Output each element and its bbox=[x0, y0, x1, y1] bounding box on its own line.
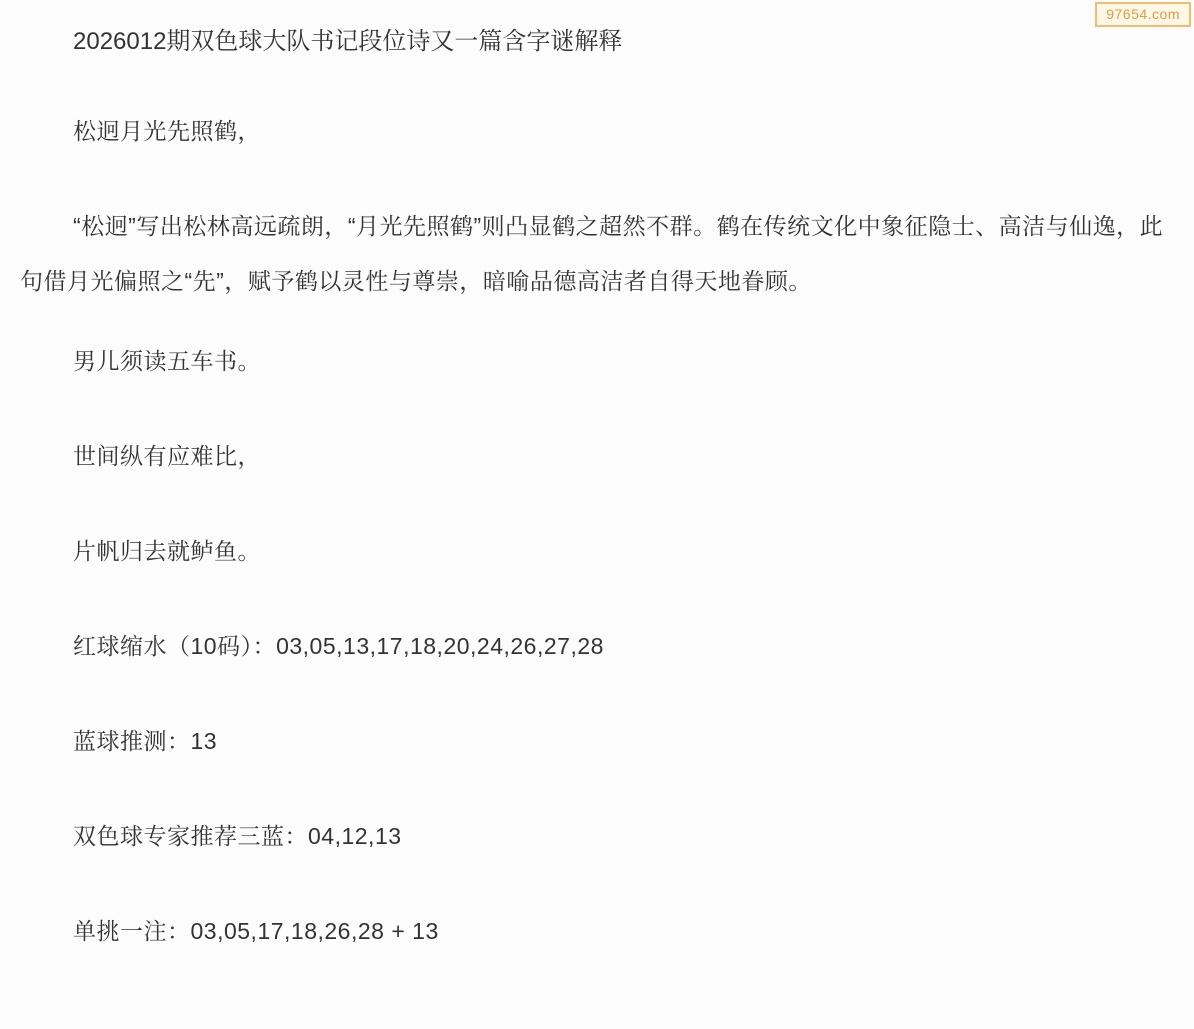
single-pick-line: 单挑一注：03,05,17,18,26,28 + 13 bbox=[20, 904, 1164, 959]
site-watermark: 97654.com bbox=[1095, 2, 1191, 27]
poem-line-3: 世间纵有应难比， bbox=[20, 429, 1164, 484]
red-ball-reduction-line: 红球缩水（10码）：03,05,13,17,18,20,24,26,27,28 bbox=[20, 619, 1164, 674]
poem-line-1: 松迥月光先照鹤， bbox=[20, 104, 1164, 159]
article-title: 2026012期双色球大队书记段位诗又一篇含字谜解释 bbox=[20, 14, 1164, 69]
poem-line-2: 男儿须读五车书。 bbox=[20, 334, 1164, 389]
article-page: 97654.com 2026012期双色球大队书记段位诗又一篇含字谜解释 松迥月… bbox=[0, 0, 1194, 1029]
poem-line-4: 片帆归去就鲈鱼。 bbox=[20, 524, 1164, 579]
poem-explanation: “松迥”写出松林高远疏朗，“月光先照鹤”则凸显鹤之超然不群。鹤在传统文化中象征隐… bbox=[20, 199, 1164, 309]
expert-three-blue-line: 双色球专家推荐三蓝：04,12,13 bbox=[20, 809, 1164, 864]
blue-ball-prediction-line: 蓝球推测：13 bbox=[20, 714, 1164, 769]
